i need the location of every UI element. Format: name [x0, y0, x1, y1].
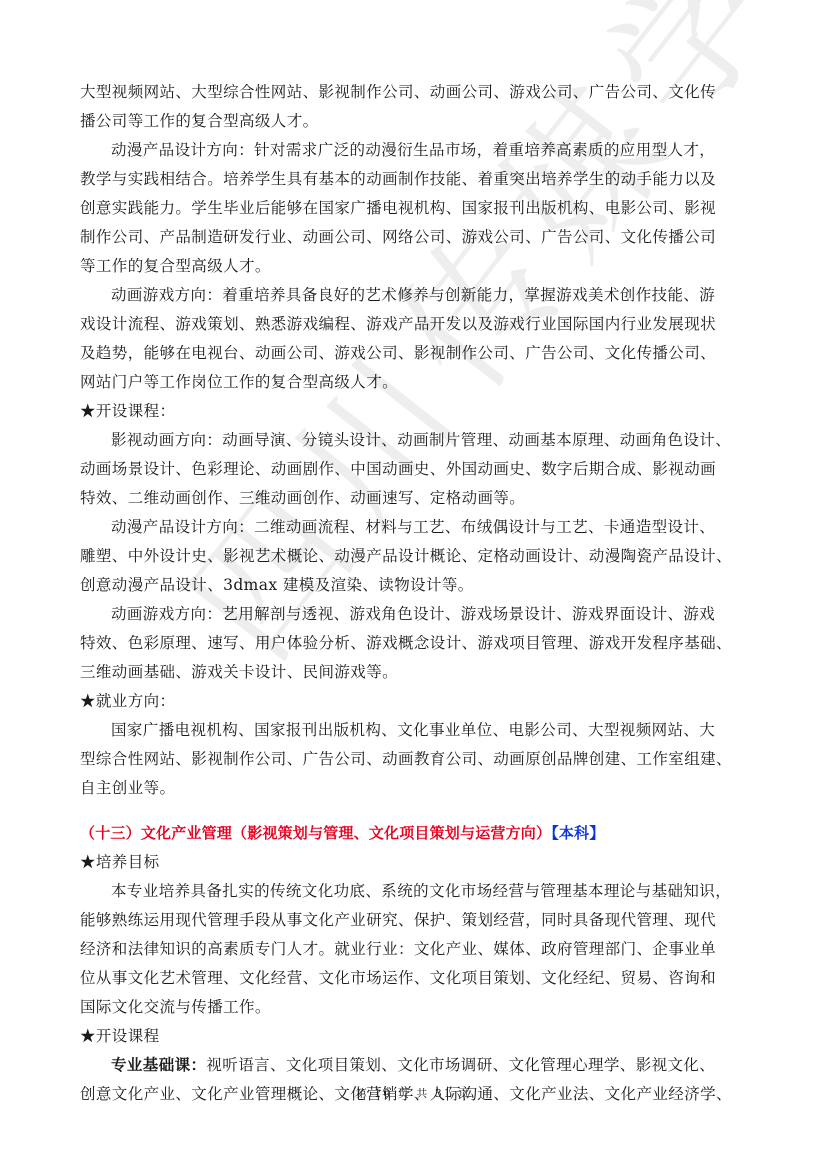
- page-content: 大型视频网站、大型综合性网站、影视制作公司、动画公司、游戏公司、广告公司、文化传…: [80, 78, 752, 1109]
- paragraph-employment: 国家广播电视机构、国家报刊出版机构、文化事业单位、电影公司、大型视频网站、大: [80, 716, 752, 745]
- employment-label: ★就业方向：: [80, 687, 752, 716]
- text-line: 动画场景设计、色彩理论、动画剧作、中国动画史、外国动画史、数字后期合成、影视动画: [80, 455, 752, 484]
- text-line: 型综合性网站、影视制作公司、广告公司、动画教育公司、动画原创品牌创建、工作室组建…: [80, 745, 752, 774]
- text-line: 戏设计流程、游戏策划、熟悉游戏编程、游戏产品开发以及游戏行业国际国内行业发展现状: [80, 310, 752, 339]
- paragraph-film-anime-courses: 影视动画方向：动画导演、分镜头设计、动画制片管理、动画基本原理、动画角色设计、: [80, 426, 752, 455]
- text-line: 网站门户等工作岗位工作的复合型高级人才。: [80, 368, 752, 397]
- courses-label-2: ★开设课程: [80, 1022, 752, 1051]
- goal-label: ★培养目标: [80, 848, 752, 877]
- text-line: 三维动画基础、游戏关卡设计、民间游戏等。: [80, 658, 752, 687]
- text-line: 特效、色彩原理、速写、用户体验分析、游戏概念设计、游戏项目管理、游戏开发程序基础…: [80, 629, 752, 658]
- text-line: 及趋势，能够在电视台、动画公司、游戏公司、影视制作公司、广告公司、文化传播公司、: [80, 339, 752, 368]
- text-line: 教学与实践相结合。培养学生具有基本的动画制作技能、着重突出培养学生的动手能力以及: [80, 165, 752, 194]
- paragraph-anime-game-goal: 动画游戏方向：着重培养具备良好的艺术修养与创新能力，掌握游戏美术创作技能、游: [80, 281, 752, 310]
- degree-tag: 【本科】: [551, 824, 604, 842]
- paragraph-basic-courses: 专业基础课：视听语言、文化项目策划、文化市场调研、文化管理心理学、影视文化、: [80, 1051, 752, 1080]
- basic-courses-text: 视听语言、文化项目策划、文化市场调研、文化管理心理学、影视文化、: [206, 1056, 715, 1074]
- paragraph-anime-game-courses: 动画游戏方向：艺用解剖与透视、游戏角色设计、游戏场景设计、游戏界面设计、游戏: [80, 600, 752, 629]
- section-spacer: [80, 803, 752, 819]
- paragraph-anime-product-courses: 动漫产品设计方向：二维动画流程、材料与工艺、布绒偶设计与工艺、卡通造型设计、: [80, 513, 752, 542]
- page-footer: 第 10 页 共 31 页: [0, 1085, 827, 1101]
- text-line: 创意实践能力。学生毕业后能够在国家广播电视机构、国家报刊出版机构、电影公司、影视: [80, 194, 752, 223]
- text-line: 雕塑、中外设计史、影视艺术概论、动漫产品设计概论、定格动画设计、动漫陶瓷产品设计…: [80, 542, 752, 571]
- text-line: 特效、二维动画创作、三维动画创作、动画速写、定格动画等。: [80, 484, 752, 513]
- paragraph-goal: 本专业培养具备扎实的传统文化功底、系统的文化市场经营与管理基本理论与基础知识，: [80, 877, 752, 906]
- text-line: 创意动漫产品设计、3dmax 建模及渲染、读物设计等。: [80, 571, 752, 600]
- section-title: （十三）文化产业管理（影视策划与管理、文化项目策划与运营方向）: [80, 824, 551, 842]
- paragraph-anime-product-goal: 动漫产品设计方向：针对需求广泛的动漫衍生品市场，着重培养高素质的应用型人才，: [80, 136, 752, 165]
- text-line: 大型视频网站、大型综合性网站、影视制作公司、动画公司、游戏公司、广告公司、文化传: [80, 78, 752, 107]
- text-line: 自主创业等。: [80, 774, 752, 803]
- basic-courses-label: 专业基础课：: [111, 1056, 206, 1074]
- document-page: 四川传媒学院 大型视频网站、大型综合性网站、影视制作公司、动画公司、游戏公司、广…: [0, 0, 827, 1169]
- text-line: 位从事文化艺术管理、文化经营、文化市场运作、文化项目策划、文化经纪、贸易、咨询和: [80, 964, 752, 993]
- text-line: 等工作的复合型高级人才。: [80, 252, 752, 281]
- section-heading: （十三）文化产业管理（影视策划与管理、文化项目策划与运营方向）【本科】: [80, 819, 752, 848]
- text-line: 能够熟练运用现代管理手段从事文化产业研究、保护、策划经营，同时具备现代管理、现代: [80, 906, 752, 935]
- text-line: 播公司等工作的复合型高级人才。: [80, 107, 752, 136]
- text-line: 国际文化交流与传播工作。: [80, 993, 752, 1022]
- courses-label: ★开设课程：: [80, 397, 752, 426]
- text-line: 经济和法律知识的高素质专门人才。就业行业：文化产业、媒体、政府管理部门、企事业单: [80, 935, 752, 964]
- text-line: 制作公司、产品制造研发行业、动画公司、网络公司、游戏公司、广告公司、文化传播公司: [80, 223, 752, 252]
